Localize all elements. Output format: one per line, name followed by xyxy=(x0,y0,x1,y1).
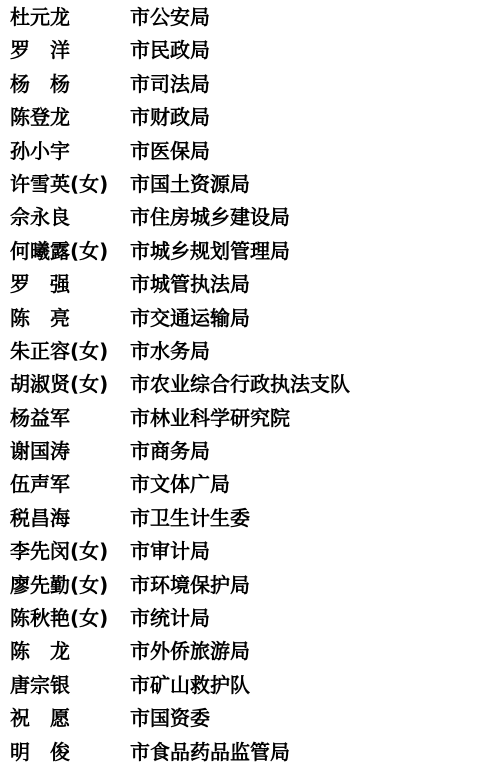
person-name: 陈登龙 xyxy=(10,106,130,129)
person-name: 罗 强 xyxy=(10,273,130,296)
roster-row: 明 俊 市食品药品监管局 xyxy=(10,741,500,772)
roster-row: 佘永良 市住房城乡建设局 xyxy=(10,206,500,239)
roster-row: 许雪英(女) 市国土资源局 xyxy=(10,173,500,206)
roster-row: 杜元龙 市公安局 xyxy=(10,6,500,39)
person-name: 李先闵(女) xyxy=(10,540,130,563)
roster-row: 税昌海 市卫生计生委 xyxy=(10,507,500,540)
roster-row: 唐宗银 市矿山救护队 xyxy=(10,674,500,707)
department-name: 市卫生计生委 xyxy=(130,507,500,530)
document-page: 杜元龙 市公安局 罗 洋 市民政局 杨 杨 市司法局 陈登龙 市财政局 孙小宇 … xyxy=(0,0,500,772)
department-name: 市水务局 xyxy=(130,340,500,363)
person-name: 胡淑贤(女) xyxy=(10,373,130,396)
person-name: 陈 亮 xyxy=(10,307,130,330)
person-name: 佘永良 xyxy=(10,206,130,229)
roster-row: 罗 强 市城管执法局 xyxy=(10,273,500,306)
roster-row: 陈登龙 市财政局 xyxy=(10,106,500,139)
roster-row: 陈 龙 市外侨旅游局 xyxy=(10,640,500,673)
department-name: 市农业综合行政执法支队 xyxy=(130,373,500,396)
person-name: 税昌海 xyxy=(10,507,130,530)
department-name: 市司法局 xyxy=(130,73,500,96)
department-name: 市商务局 xyxy=(130,440,500,463)
roster-row: 李先闵(女) 市审计局 xyxy=(10,540,500,573)
department-name: 市林业科学研究院 xyxy=(130,407,500,430)
department-name: 市矿山救护队 xyxy=(130,674,500,697)
person-name: 陈 龙 xyxy=(10,640,130,663)
roster-row: 伍声军 市文体广局 xyxy=(10,473,500,506)
roster-row: 胡淑贤(女) 市农业综合行政执法支队 xyxy=(10,373,500,406)
person-name: 廖先勤(女) xyxy=(10,574,130,597)
person-name: 伍声军 xyxy=(10,473,130,496)
person-name: 朱正容(女) xyxy=(10,340,130,363)
roster-list: 杜元龙 市公安局 罗 洋 市民政局 杨 杨 市司法局 陈登龙 市财政局 孙小宇 … xyxy=(10,6,500,772)
roster-row: 朱正容(女) 市水务局 xyxy=(10,340,500,373)
person-name: 何曦露(女) xyxy=(10,240,130,263)
person-name: 唐宗银 xyxy=(10,674,130,697)
roster-row: 陈 亮 市交通运输局 xyxy=(10,307,500,340)
roster-row: 祝 愿 市国资委 xyxy=(10,707,500,740)
person-name: 杜元龙 xyxy=(10,6,130,29)
department-name: 市食品药品监管局 xyxy=(130,741,500,764)
department-name: 市统计局 xyxy=(130,607,500,630)
person-name: 祝 愿 xyxy=(10,707,130,730)
person-name: 明 俊 xyxy=(10,741,130,764)
person-name: 谢国涛 xyxy=(10,440,130,463)
department-name: 市城乡规划管理局 xyxy=(130,240,500,263)
department-name: 市住房城乡建设局 xyxy=(130,206,500,229)
roster-row: 廖先勤(女) 市环境保护局 xyxy=(10,574,500,607)
person-name: 杨益军 xyxy=(10,407,130,430)
roster-row: 杨 杨 市司法局 xyxy=(10,73,500,106)
person-name: 陈秋艳(女) xyxy=(10,607,130,630)
person-name: 孙小宇 xyxy=(10,140,130,163)
roster-row: 谢国涛 市商务局 xyxy=(10,440,500,473)
department-name: 市城管执法局 xyxy=(130,273,500,296)
department-name: 市国资委 xyxy=(130,707,500,730)
department-name: 市审计局 xyxy=(130,540,500,563)
roster-row: 罗 洋 市民政局 xyxy=(10,39,500,72)
department-name: 市外侨旅游局 xyxy=(130,640,500,663)
person-name: 许雪英(女) xyxy=(10,173,130,196)
person-name: 罗 洋 xyxy=(10,39,130,62)
roster-row: 杨益军 市林业科学研究院 xyxy=(10,407,500,440)
department-name: 市国土资源局 xyxy=(130,173,500,196)
department-name: 市环境保护局 xyxy=(130,574,500,597)
person-name: 杨 杨 xyxy=(10,73,130,96)
department-name: 市文体广局 xyxy=(130,473,500,496)
department-name: 市医保局 xyxy=(130,140,500,163)
roster-row: 何曦露(女) 市城乡规划管理局 xyxy=(10,240,500,273)
roster-row: 陈秋艳(女) 市统计局 xyxy=(10,607,500,640)
department-name: 市财政局 xyxy=(130,106,500,129)
department-name: 市民政局 xyxy=(130,39,500,62)
department-name: 市交通运输局 xyxy=(130,307,500,330)
roster-row: 孙小宇 市医保局 xyxy=(10,140,500,173)
department-name: 市公安局 xyxy=(130,6,500,29)
